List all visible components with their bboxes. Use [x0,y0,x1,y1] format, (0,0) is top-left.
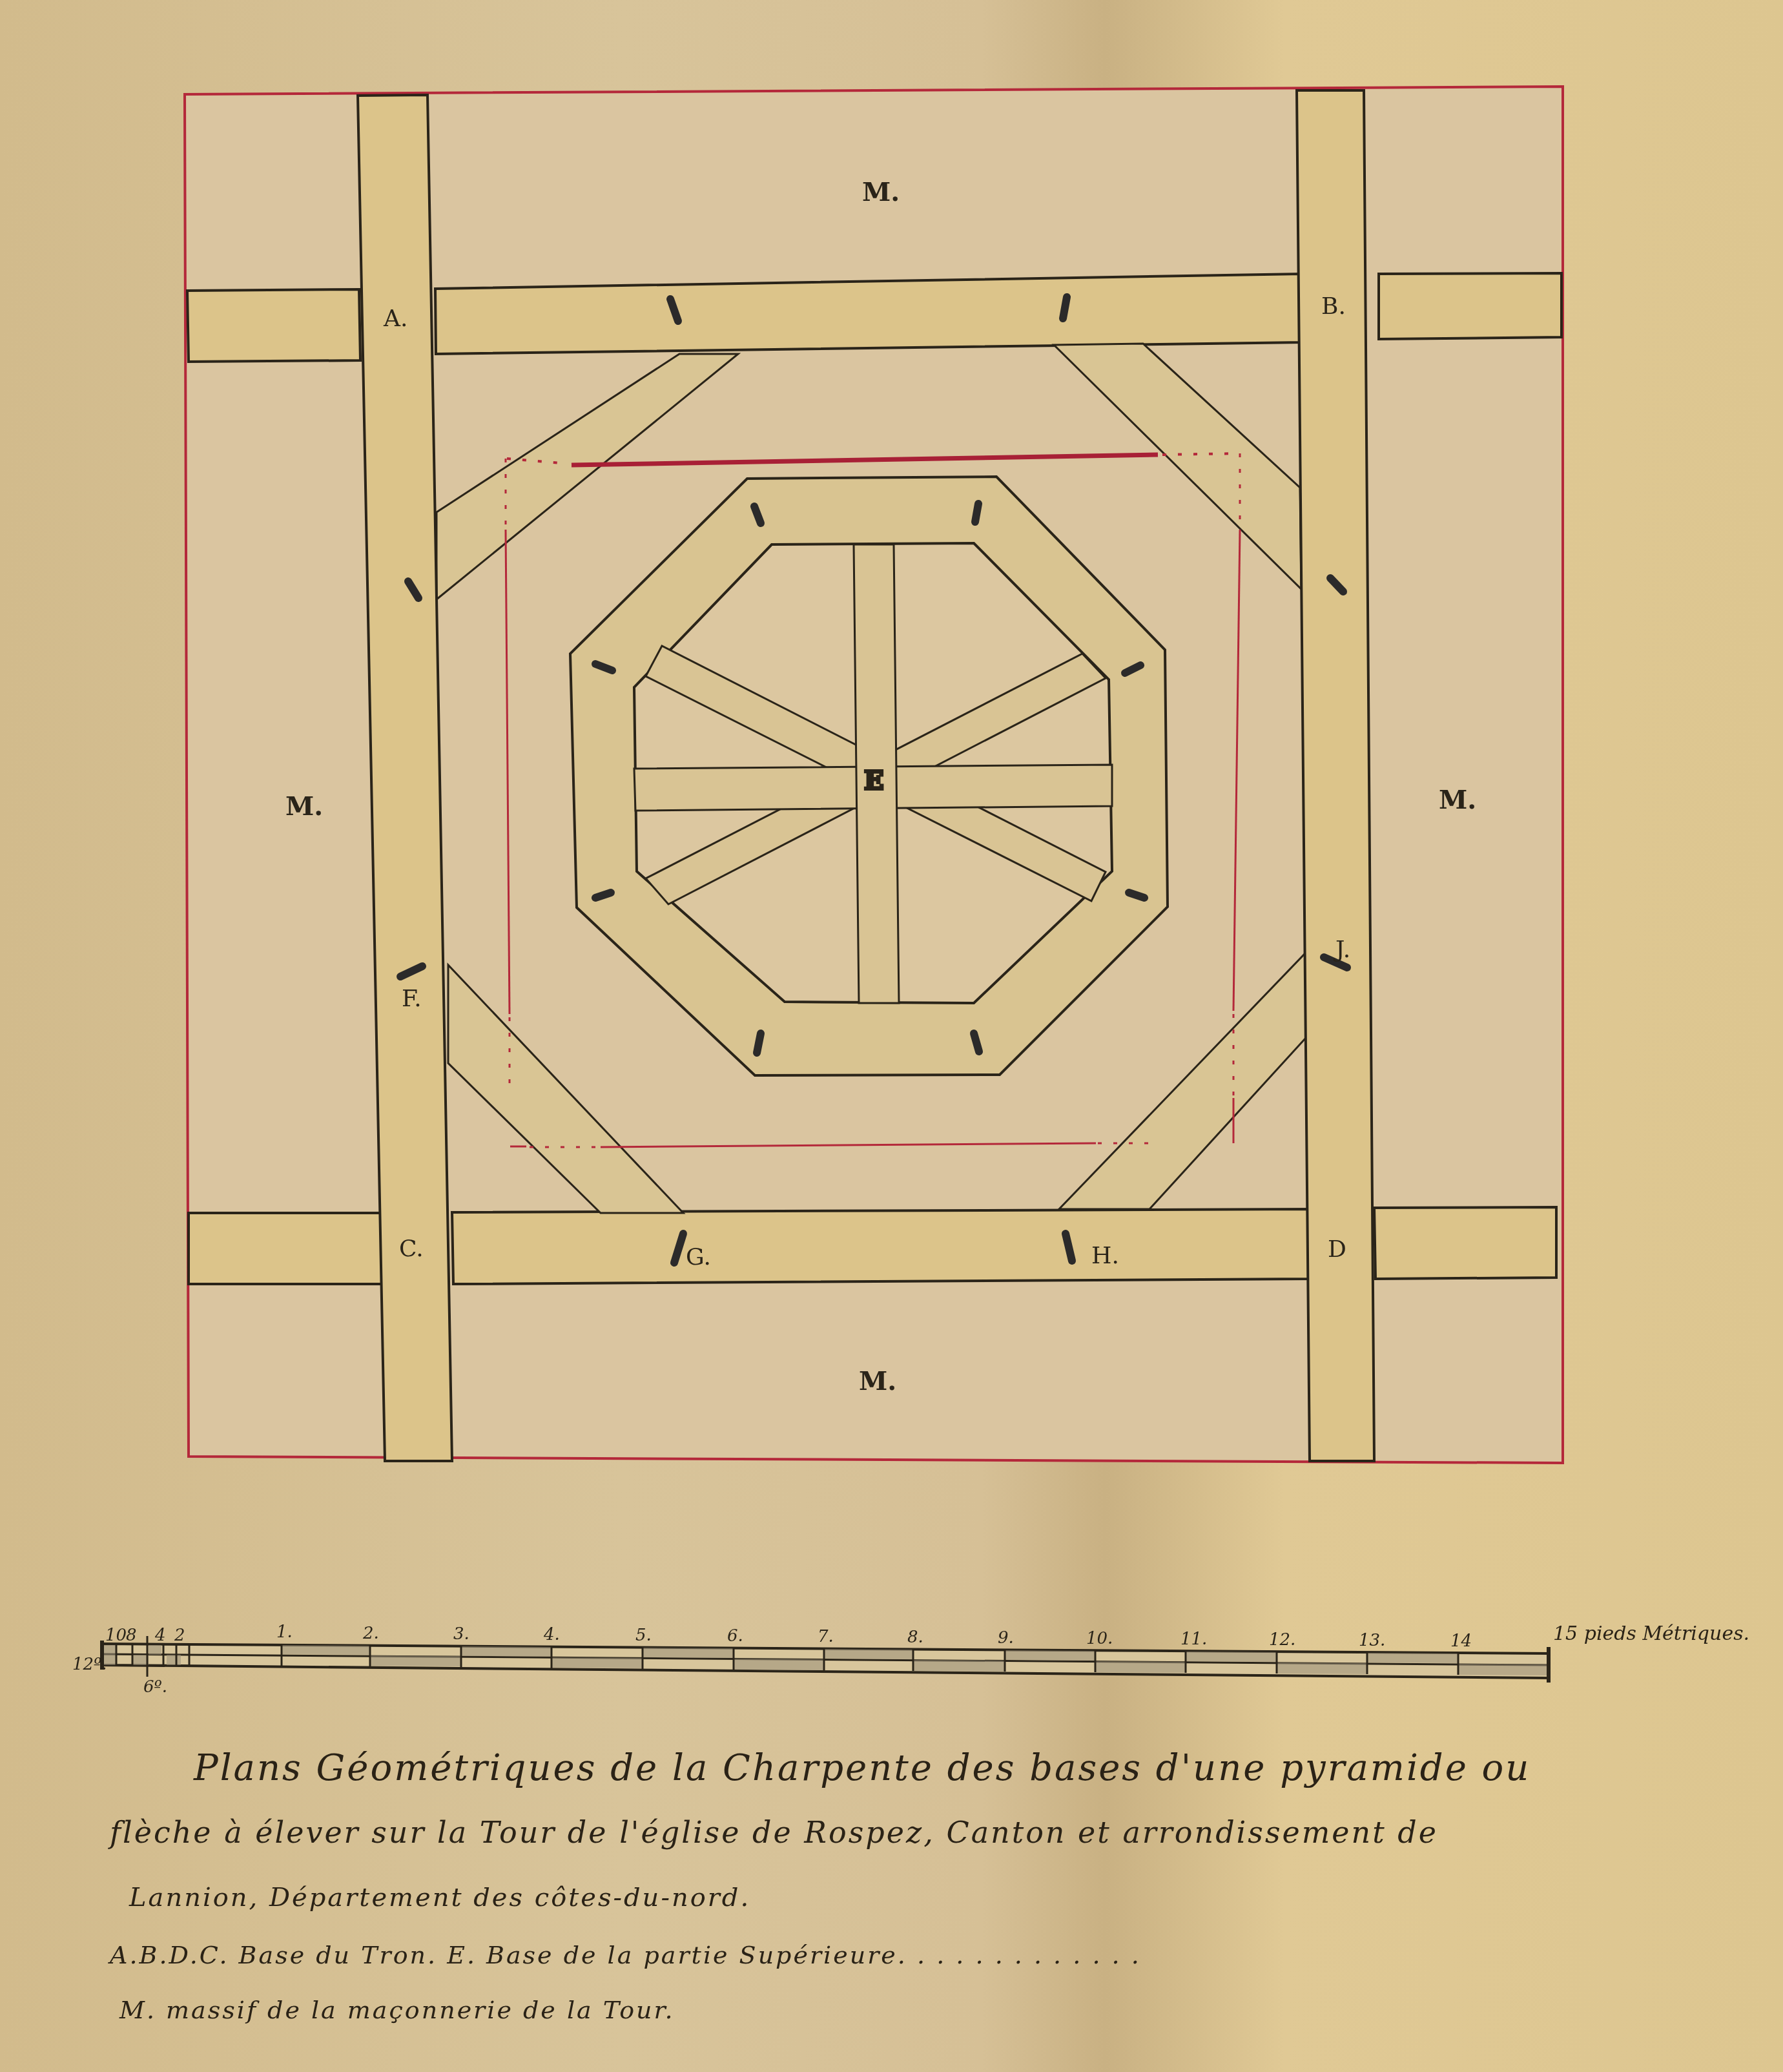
beam-top [435,274,1302,354]
label-J: J. [1333,937,1350,963]
scale-tick-2: 2. [362,1624,379,1643]
scale-tick-7: 7. [818,1627,834,1646]
scale-left-label-4: 4 [154,1626,166,1645]
beam-bottom [452,1209,1310,1284]
label-H: H. [1091,1243,1119,1269]
scale-tick-14: 14 [1450,1632,1472,1651]
scale-tick-4: 4. [543,1625,560,1644]
scale-left-label-10: 10 [105,1626,127,1645]
peg-icon [974,1033,979,1052]
scale-tick-6: 6. [727,1626,743,1646]
peg-icon [975,504,978,522]
peg-icon [1129,893,1144,898]
peg-icon [595,893,611,898]
scale-unit-label: 15 pieds Métriques. [1553,1622,1749,1645]
scale-left-end-label: 12º. [72,1655,107,1674]
caption-title-line-1: Plans Géométriques de la Charpente des b… [194,1747,1530,1789]
scale-bar: 10 8 4 2 12º. 6º. 1. 2. 3. 4. 5. 6. 7. 8… [72,1622,1549,1697]
beam-top-left-stub [187,289,360,362]
scale-tick-1: 1. [276,1622,293,1642]
beam-top-right-stub [1379,273,1561,339]
scale-tick-3: 3. [453,1624,469,1644]
peg-icon [1063,297,1067,318]
scale-tick-13: 13. [1359,1631,1385,1650]
beam-bottom-left-stub [189,1213,384,1284]
scale-left-label-8: 8 [126,1626,137,1645]
label-F: F. [402,986,422,1012]
scale-tick-12: 12. [1269,1630,1295,1650]
scale-tick-10: 10. [1086,1629,1113,1648]
scale-tick-9: 9. [998,1628,1014,1648]
label-M-left: M. [285,791,323,822]
caption-legend-abdc-e: A.B.D.C. Base du Tron. E. Base de la par… [110,1941,1141,1969]
scale-tick-8: 8. [907,1628,923,1647]
scale-sub-label: 6º. [143,1677,167,1697]
caption-title-line-2: flèche à élever sur la Tour de l'église … [110,1815,1438,1850]
scale-tick-11: 11. [1180,1630,1207,1649]
label-M-bottom: M. [859,1366,896,1396]
label-G: G. [686,1244,711,1270]
label-D: D [1328,1236,1346,1263]
label-M-right: M. [1439,785,1476,815]
label-A: A. [383,306,407,332]
caption-title-line-3: Lannion, Département des côtes-du-nord. [129,1883,750,1912]
octagon-base-E: E [570,477,1168,1075]
scale-left-label-2: 2 [174,1626,185,1645]
label-E: E [864,765,884,796]
scale-tick-5: 5. [635,1626,652,1645]
label-M-top: M. [862,177,900,207]
tower-plan: E A. B. C. D F. G. [185,87,1563,1463]
caption-legend-m: M. massif de la maçonnerie de la Tour. [119,1996,675,2024]
label-C: C. [399,1236,424,1262]
beam-bottom-right-stub [1374,1207,1556,1279]
label-B: B. [1321,293,1346,320]
peg-icon [757,1033,761,1053]
